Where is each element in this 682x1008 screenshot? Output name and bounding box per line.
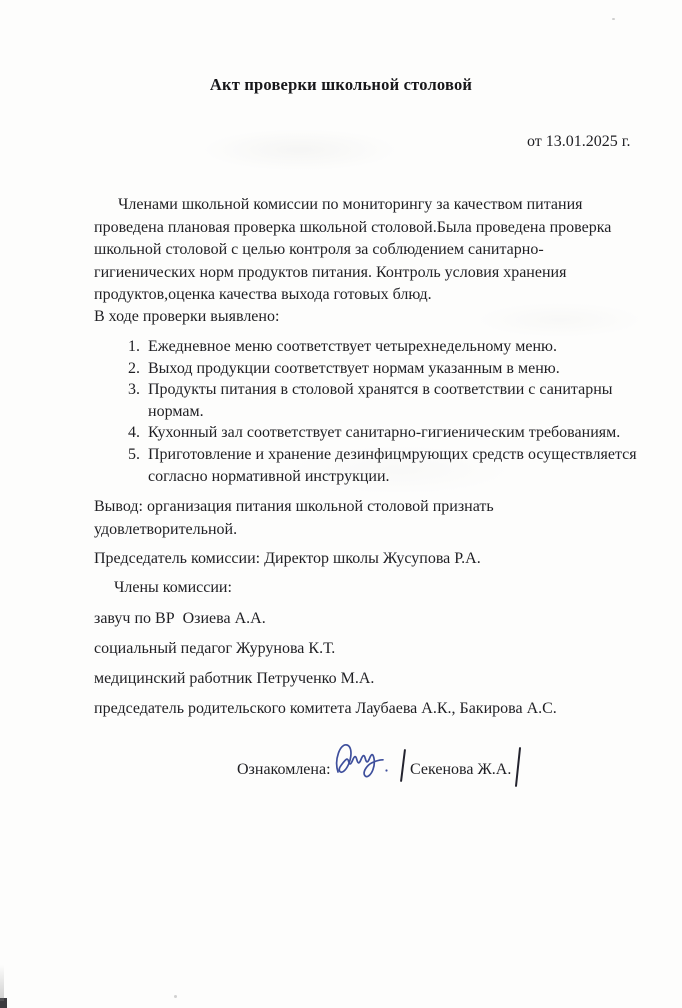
document-date: от 13.01.2025 г. [527, 133, 631, 151]
list-item: 2. Выход продукции соответствует нормам … [94, 358, 660, 380]
acknowledgement-label: Ознакомлена: [237, 761, 331, 779]
members-heading: Члены комиссии: [114, 579, 232, 597]
intro-line: проведена плановая проверка школьной сто… [94, 217, 660, 240]
intro-line: школьной столовой с целью контроля за со… [94, 239, 660, 262]
intro-line: продуктов,оценка качества выхода готовых… [94, 284, 660, 307]
findings-heading: В ходе проверки выявлено: [94, 308, 279, 326]
item-line: Кухонный зал соответствует санитарно-гиг… [148, 422, 660, 444]
conclusion-paragraph: Вывод: организация питания школьной стол… [94, 496, 654, 541]
item-number: 4. [128, 422, 140, 444]
signature-name: Секенова Ж.А. [410, 761, 511, 779]
intro-line: гигиенических норм продуктов питания. Ко… [94, 262, 660, 285]
intro-paragraph: Членами школьной комиссии по мониторингу… [94, 194, 660, 307]
member-line: председатель родительского комитета Лауб… [94, 700, 557, 718]
conclusion-line: Вывод: организация питания школьной стол… [94, 496, 654, 519]
list-item: 5. Приготовление и хранение дезинфицмрую… [94, 444, 660, 487]
handwritten-signature-icon [331, 736, 405, 788]
scan-edge-smudge [0, 965, 4, 1001]
scanned-document-page: Акт проверки школьной столовой от 13.01.… [0, 0, 682, 1008]
conclusion-line: удовлетворительной. [94, 519, 654, 542]
document-title: Акт проверки школьной столовой [0, 75, 682, 95]
intro-line: Членами школьной комиссии по мониторингу… [94, 194, 660, 217]
scan-speck [174, 995, 177, 998]
item-number: 3. [128, 379, 140, 401]
item-line: Выход продукции соответствует нормам ука… [148, 358, 660, 380]
item-line: Ежедневное меню соответствует четырехнед… [148, 336, 660, 358]
signature-slash [515, 747, 521, 787]
list-item: 1. Ежедневное меню соответствует четырех… [94, 336, 660, 358]
member-line: медицинский работник Петрученко М.А. [94, 670, 374, 688]
member-line: социальный педагог Журунова К.Т. [94, 640, 335, 658]
member-line: завуч по ВР Озиева А.А. [94, 610, 266, 628]
item-line: нормам. [148, 401, 660, 423]
item-line: согласно нормативной инструкции. [148, 466, 660, 488]
findings-list: 1. Ежедневное меню соответствует четырех… [94, 336, 660, 487]
list-item: 4. Кухонный зал соответствует санитарно-… [94, 422, 660, 444]
item-number: 1. [128, 336, 140, 358]
list-item: 3. Продукты питания в столовой хранятся … [94, 379, 660, 422]
scan-speck [612, 18, 615, 20]
item-number: 5. [128, 444, 140, 466]
item-line: Приготовление и хранение дезинфицмрующих… [148, 444, 660, 466]
chairman-line: Председатель комиссии: Директор школы Жу… [94, 550, 481, 568]
item-number: 2. [128, 358, 140, 380]
item-line: Продукты питания в столовой хранятся в с… [148, 379, 660, 401]
